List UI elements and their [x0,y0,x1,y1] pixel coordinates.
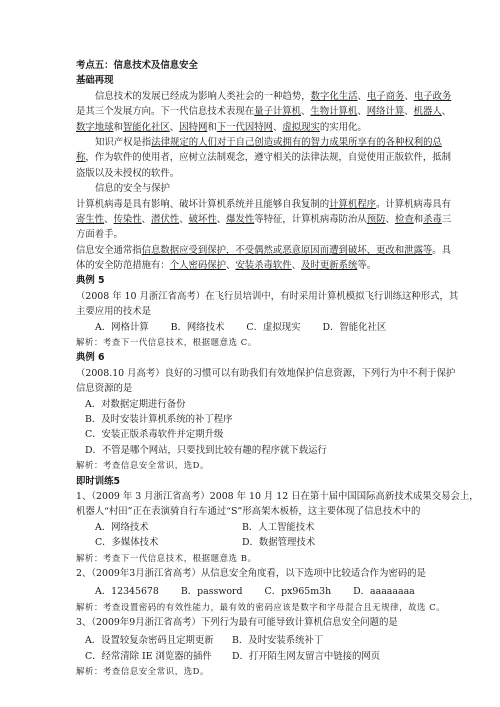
separator: 、 [104,214,113,225]
options-row: C．经常清除 IE 浏览器的插件D．打开陌生网友留言中链接的网页 [76,649,476,664]
options-row: A．网格计算B．网络技术C．虚拟现实D．智能化社区 [76,320,476,335]
separator: 、 [386,214,395,225]
text: 和 [114,122,123,133]
options-row: C．多媒体技术D．数据管理技术 [76,535,476,550]
question-line: 2、（2009年3月浙江省高考）从信息安全角度看，以下选项中比较适合作为密码的是 [76,566,476,581]
question-line: 1、（2009 年 3 月浙江省高考）2008 年 10 月 12 日在第十届中… [76,489,476,504]
question-line: 信息资源的是 [76,381,476,396]
separator: 、 [358,91,367,102]
text: 等特征，计算机病毒防治从 [254,214,367,225]
text: 的实用化。 [320,122,367,133]
paragraph-line: 盗版以及未授权的软件。 [76,166,476,181]
paragraph-line: 知识产权是指法律规定的人们对于自己创造或拥有的智力成果所享有的各种权利的总 [76,135,476,150]
underlined-term: 预防 [367,214,386,225]
separator: 、 [404,91,413,102]
option-b: B．及时安装系统补丁 [232,633,323,648]
underlined-term: 智能化社区 [123,122,170,133]
option-d: D．智能化社区 [322,320,386,335]
underlined-term: 下一代因特网 [217,122,273,133]
separator: 、 [442,106,451,117]
underlined-term: 网络计算 [367,106,405,117]
subheading: 信息的安全与保护 [76,181,476,196]
text: ，作为软件的使用者，应树立法制观念，遵守相关的法律法规，自觉使用正版软件，抵制 [85,152,451,163]
underlined-term: 机器人 [414,106,442,117]
option-b: B．人工智能技术 [242,520,315,535]
page-title: 考点五：信息技术及信息安全 [76,58,476,73]
analysis-text: 解析：考查下一代信息技术，根据题意选 B。 [76,551,476,566]
analysis-text: 解析：考查下一代信息技术，根据题意选 C。 [76,335,476,350]
underlined-term: 破坏性 [189,214,217,225]
separator: 、 [170,122,179,133]
option-a: A．网格计算 [95,320,149,335]
option-c: C．多媒体技术 [95,535,242,550]
underlined-definition: 法律规定的人们对于自己创造或拥有的智力成果所享有的各种权利的总 [151,137,442,148]
paragraph-line: 信息技术的发展已经成为影响人类社会的一种趋势，数字化生活、电子商务、电子政务 [76,89,476,104]
paragraph-line: 称，作为软件的使用者，应树立法制观念，遵守相关的法律法规，自觉使用正版软件，抵制 [76,150,476,165]
paragraph-line: 方面着手。 [76,227,476,242]
option-d: D．不管是哪个网站，只要找到比较有趣的程序就下载运行 [76,443,476,458]
underlined-definition: 称 [76,152,85,163]
option-c: C．虚拟现实 [246,320,300,335]
analysis-text: 解析：考查信息安全常识，选D。 [76,664,476,679]
question-line: 主要应用的技术是 [76,304,476,319]
underlined-term: 数字化生活 [311,91,358,102]
options-row: A．网络技术B．人工智能技术 [76,520,476,535]
separator: 、 [217,214,226,225]
text: 信息安全通常指 [76,245,142,256]
options-row: A．12345678B．passwordC．px965m3hD．aaaaaaaa [76,584,476,599]
training-5-heading: 即时训练5 [76,474,476,489]
example-5-heading: 典例 5 [76,273,476,288]
option-d: D．打开陌生网友留言中链接的网页 [232,649,380,664]
example-6-heading: 典例 6 [76,350,476,365]
option-a: A．网络技术 [95,520,242,535]
option-c: C．经常清除 IE 浏览器的插件 [85,649,232,664]
text: 。计算机病毒具有 [376,199,451,210]
text: 信息技术的发展已经成为影响人类社会的一种趋势， [95,91,311,102]
underlined-term: 潜伏性 [151,214,179,225]
paragraph-line: 体的安全防范措施有：个人密码保护、安装杀毒软件、及时更新系统等。 [76,258,476,273]
underlined-term: 量子计算机 [254,106,301,117]
text: 。具 [432,245,451,256]
underlined-term: 虚拟现实 [282,122,320,133]
option-c: C．px965m3h [265,584,332,599]
option-b: B．password [181,584,243,599]
document-content: 考点五：信息技术及信息安全 基础再现 信息技术的发展已经成为影响人类社会的一种趋… [76,58,476,680]
underlined-definition: 信息数据应受到保护，不受偶然或恶意原因而遭到破坏、更改和泄露等 [142,245,433,256]
underlined-term: 数字地球 [76,122,114,133]
analysis-text: 解析：考查信息安全常识，选D。 [76,458,476,473]
underlined-term: 安装杀毒软件 [235,260,291,271]
question-line: 机器人“村田”正在表演骑自行车通过“S”形高架木板桥，这主要体现了信息技术中的 [76,504,476,519]
question-line: （2008.10 月高考）良好的习惯可以有助我们有效地保护信息资源，下列行为中不… [76,366,476,381]
underlined-term: 生物计算机 [310,106,357,117]
question-line: 3、（2009年9月浙江省高考）下列行为最有可能导致计算机信息安全问题的是 [76,615,476,630]
question-line: （2008 年 10 月浙江省高考）在飞行员培训中，有时采用计算机模拟飞行训练这… [76,289,476,304]
analysis-text: 解析：考查设置密码的有效性能力，最有效的密码应该是数字和字母混合且无规律，故选 … [76,600,476,615]
option-a: A．12345678 [95,584,159,599]
options-row: A．设置较复杂密码且定期更新B．及时安装系统补丁 [76,633,476,648]
option-b: B．及时安装计算机系统的补丁程序 [76,412,476,427]
paragraph-line: 信息安全通常指信息数据应受到保护，不受偶然或恶意原因而遭到破坏、更改和泄露等。具 [76,243,476,258]
option-a: A．设置较复杂密码且定期更新 [85,633,232,648]
separator: 、 [404,106,413,117]
underlined-term: 传染性 [114,214,142,225]
text: 和 [414,214,423,225]
underlined-term: 电子商务 [367,91,405,102]
paragraph-line: 数字地球和智能化社区、因特网和下一代因特网、虚拟现实的实用化。 [76,120,476,135]
option-a: A．对数据定期进行备份 [76,397,476,412]
option-b: B．网络技术 [171,320,225,335]
text: 知识产权是指 [95,137,151,148]
text: 是其三个发展方向。下一代信息技术表现在 [76,106,254,117]
separator: 、 [357,106,366,117]
text: 和 [207,122,216,133]
underlined-term: 检查 [395,214,414,225]
separator: 、 [292,260,301,271]
separator: 、 [179,214,188,225]
text: 体的安全防范措施有： [76,260,170,271]
separator: 、 [273,122,282,133]
separator: 、 [226,260,235,271]
document-page: 考点五：信息技术及信息安全 基础再现 信息技术的发展已经成为影响人类社会的一种趋… [0,0,500,707]
underlined-term: 因特网 [179,122,207,133]
underlined-term: 电子政务 [414,91,452,102]
option-d: D．aaaaaaaa [353,584,415,599]
paragraph-line: 寄生性、传染性、潜伏性、破坏性、爆发性等特征，计算机病毒防治从预防、检查和杀毒三 [76,212,476,227]
paragraph-line: 计算机病毒是具有影响、破坏计算机系统并且能够自我复制的计算机程序。计算机病毒具有 [76,197,476,212]
text: 计算机病毒是具有影响、破坏计算机系统并且能够自我复制的 [76,199,329,210]
underlined-term: 寄生性 [76,214,104,225]
paragraph-line: 是其三个发展方向。下一代信息技术表现在量子计算机、生物计算机、网络计算、机器人、 [76,104,476,119]
section-heading-basics: 基础再现 [76,73,476,88]
separator: 、 [142,214,151,225]
text: 三 [442,214,451,225]
option-c: C．安装正版杀毒软件并定期升级 [76,427,476,442]
option-d: D．数据管理技术 [242,535,315,550]
underlined-term: 杀毒 [423,214,442,225]
underlined-term: 计算机程序 [329,199,376,210]
separator: 、 [301,106,310,117]
text: 等。 [357,260,376,271]
underlined-term: 及时更新系统 [301,260,357,271]
underlined-term: 个人密码保护 [170,260,226,271]
underlined-term: 爆发性 [226,214,254,225]
